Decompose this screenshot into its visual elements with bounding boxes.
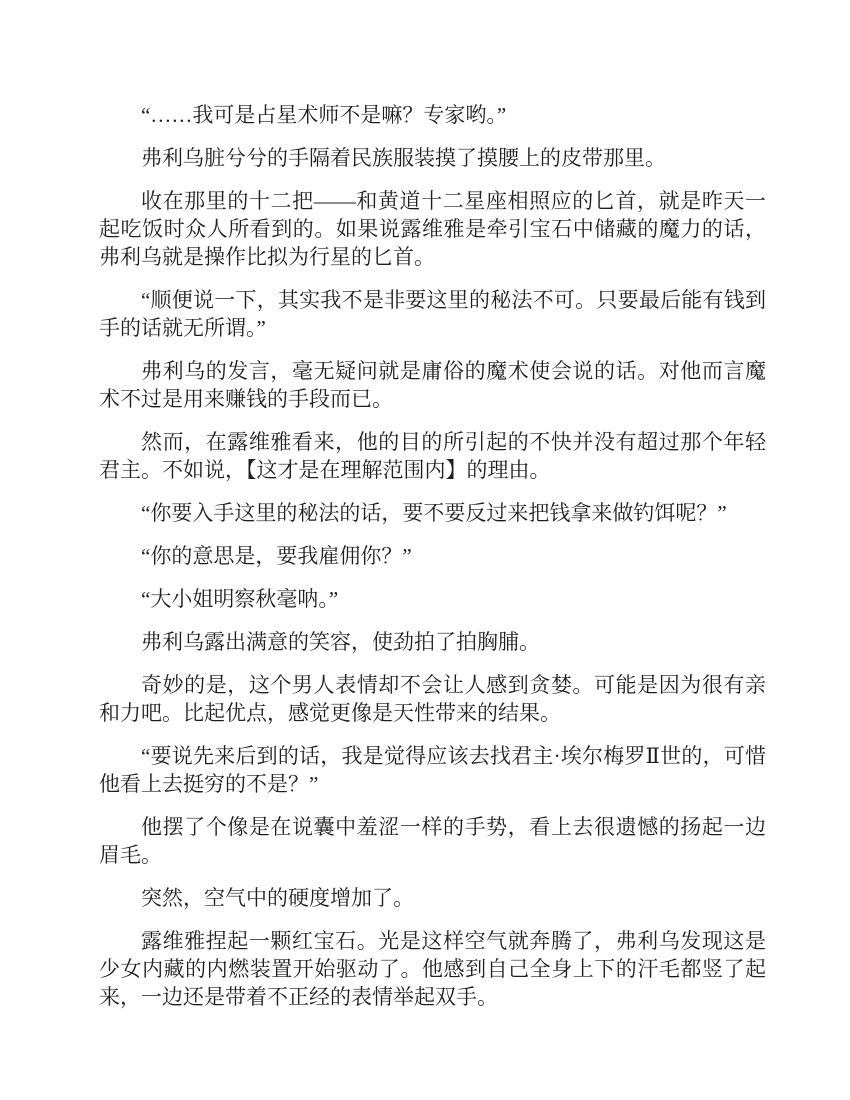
paragraph-6: 然而，在露维雅看来，他的目的所引起的不快并没有超过那个年轻君主。不如说，【这才是… (99, 428, 766, 484)
ebook-page: “……我可是占星术师不是嘛？专家哟。” 弗利乌脏兮兮的手隔着民族服装摸了摸腰上的… (0, 0, 850, 1100)
paragraph-14: 突然，空气中的硬度增加了。 (99, 884, 766, 912)
paragraph-2: 弗利乌脏兮兮的手隔着民族服装摸了摸腰上的皮带那里。 (99, 144, 766, 172)
paragraph-8: “你的意思是，要我雇佣你？” (99, 542, 766, 570)
paragraph-3: 收在那里的十二把——和黄道十二星座相照应的匕首，就是昨天一起吃饭时众人所看到的。… (99, 187, 766, 271)
paragraph-9: “大小姐明察秋毫呐。” (99, 585, 766, 613)
paragraph-10: 弗利乌露出满意的笑容，使劲拍了拍胸脯。 (99, 628, 766, 656)
paragraph-7: “你要入手这里的秘法的话，要不要反过来把钱拿来做钓饵呢？” (99, 499, 766, 527)
paragraph-4: “顺便说一下，其实我不是非要这里的秘法不可。只要最后能有钱到手的话就无所谓。” (99, 286, 766, 342)
paragraph-5: 弗利乌的发言，毫无疑问就是庸俗的魔术使会说的话。对他而言魔术不过是用来赚钱的手段… (99, 357, 766, 413)
paragraph-15: 露维雅捏起一颗红宝石。光是这样空气就奔腾了，弗利乌发现这是少女内藏的内燃装置开始… (99, 927, 766, 1011)
paragraph-11: 奇妙的是，这个男人表情却不会让人感到贪婪。可能是因为很有亲和力吧。比起优点，感觉… (99, 671, 766, 727)
novel-text-block: “……我可是占星术师不是嘛？专家哟。” 弗利乌脏兮兮的手隔着民族服装摸了摸腰上的… (99, 101, 766, 1026)
paragraph-12: “要说先来后到的话，我是觉得应该去找君主·埃尔梅罗Ⅱ世的，可惜他看上去挺穷的不是… (99, 742, 766, 798)
paragraph-1: “……我可是占星术师不是嘛？专家哟。” (99, 101, 766, 129)
paragraph-13: 他摆了个像是在说囊中羞涩一样的手势，看上去很遗憾的扬起一边眉毛。 (99, 813, 766, 869)
